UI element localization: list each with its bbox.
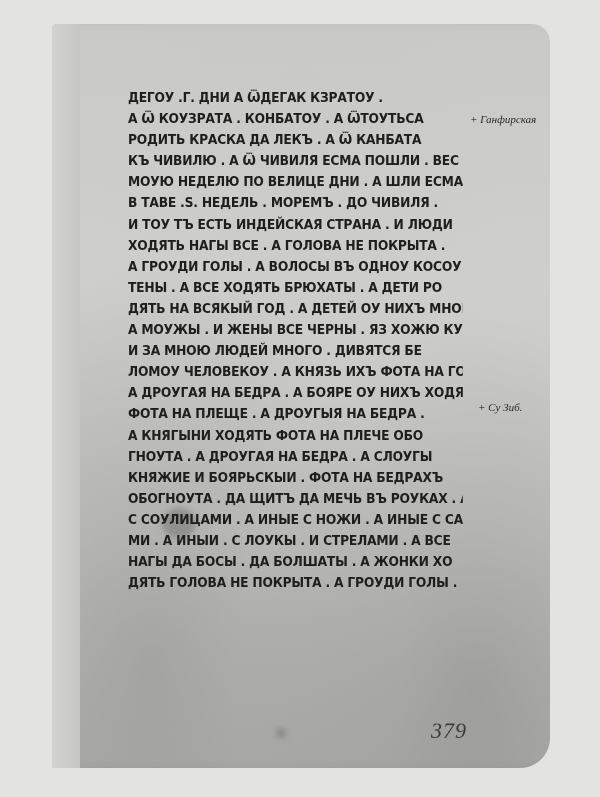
- paper-spot: [276, 728, 286, 738]
- text-line: А Ѿ КОУЗРАТА . КОНБАТОУ . А ѾТОУТЬСА: [128, 109, 463, 130]
- text-line: ГНОУТА . А ДРОУГАЯ НА БЕДРА . А СЛОУГЫ: [128, 447, 463, 468]
- folio-number: 379: [431, 718, 467, 744]
- text-line: А ДРОУГАЯ НА БЕДРА . А БОЯРЕ ОУ НИХЪ ХОД…: [128, 383, 463, 404]
- margin-annotation: + Су Зиб.: [478, 402, 522, 414]
- text-line: КНЯЖИЕ И БОЯРЬСКЫИ . ФОТА НА БЕДРАХЪ: [128, 468, 463, 489]
- text-line: МОУЮ НЕДЕЛЮ ПО ВЕЛИЦЕ ДНИ . А ШЛИ ЕСМА: [128, 172, 463, 193]
- text-line: ДЯТЬ ГОЛОВА НЕ ПОКРЫТА . А ГРОУДИ ГОЛЫ .: [128, 573, 463, 594]
- text-line: ЛОМОУ ЧЕЛОВЕКОУ . А КНЯЗЬ ИХЪ ФОТА НА ГО…: [128, 362, 463, 383]
- text-line: ДЯТЬ НА ВСЯКЫЙ ГОД . А ДЕТЕЙ ОУ НИХЪ МНО…: [128, 299, 463, 320]
- text-line: И ЗА МНОЮ ЛЮДЕЙ МНОГО . ДИВЯТСЯ БЕ: [128, 341, 463, 362]
- text-line: ХОДЯТЬ НАГЫ ВСЕ . А ГОЛОВА НЕ ПОКРЫТА .: [128, 236, 463, 257]
- text-line: НАГЫ ДА БОСЫ . ДА БОЛШАТЫ . А ЖОНКИ ХО: [128, 552, 463, 573]
- manuscript-text: ДЕГОУ .Г. ДНИ А ѾДЕГАК КЗРАТОУ . А Ѿ КОУ…: [128, 88, 488, 594]
- text-line: А МОУЖЫ . И ЖЕНЫ ВСЕ ЧЕРНЫ . ЯЗ ХОЖЮ КУД…: [128, 320, 463, 341]
- text-line: А ГРОУДИ ГОЛЫ . А ВОЛОСЫ ВЪ ОДНОУ КОСОУ …: [128, 257, 463, 278]
- text-line: ОБОГНОУТА . ДА ЩИТЪ ДА МЕЧЬ ВЪ РОУКАХ . …: [128, 489, 463, 510]
- margin-annotation: + Ганфирская: [470, 114, 536, 126]
- text-line: РОДИТЬ КРАСКА ДА ЛЕКЪ . А Ѿ КАНБАТА: [128, 130, 463, 151]
- page-binding-edge: [52, 24, 80, 768]
- text-line: ФОТА НА ПЛЕЩЕ . А ДРОУГЫЯ НА БЕДРА .: [128, 404, 463, 425]
- manuscript-photograph: ДЕГОУ .Г. ДНИ А ѾДЕГАК КЗРАТОУ . А Ѿ КОУ…: [0, 0, 600, 797]
- text-line: МИ . А ИНЫИ . С ЛОУКЫ . И СТРЕЛАМИ . А В…: [128, 531, 463, 552]
- text-line: А КНЯГЫНИ ХОДЯТЬ ФОТА НА ПЛЕЧЕ ОБО: [128, 426, 463, 447]
- text-line: ТЕНЫ . А ВСЕ ХОДЯТЬ БРЮХАТЫ . А ДЕТИ РО: [128, 278, 463, 299]
- text-line: И ТОУ ТЪ ЕСТЬ ИНДЕЙСКАЯ СТРАНА . И ЛЮДИ: [128, 215, 463, 236]
- text-line: С СОУЛИЦАМИ . А ИНЫЕ С НОЖИ . А ИНЫЕ С С…: [128, 510, 463, 531]
- text-line: В ТАВЕ .S. НЕДЕЛЬ . МОРЕМЪ . ДО ЧИВИЛЯ .: [128, 193, 463, 214]
- text-line: КЪ ЧИВИЛЮ . А Ѿ ЧИВИЛЯ ЕСМА ПОШЛИ . ВЕС: [128, 151, 463, 172]
- text-line: ДЕГОУ .Г. ДНИ А ѾДЕГАК КЗРАТОУ .: [128, 88, 463, 109]
